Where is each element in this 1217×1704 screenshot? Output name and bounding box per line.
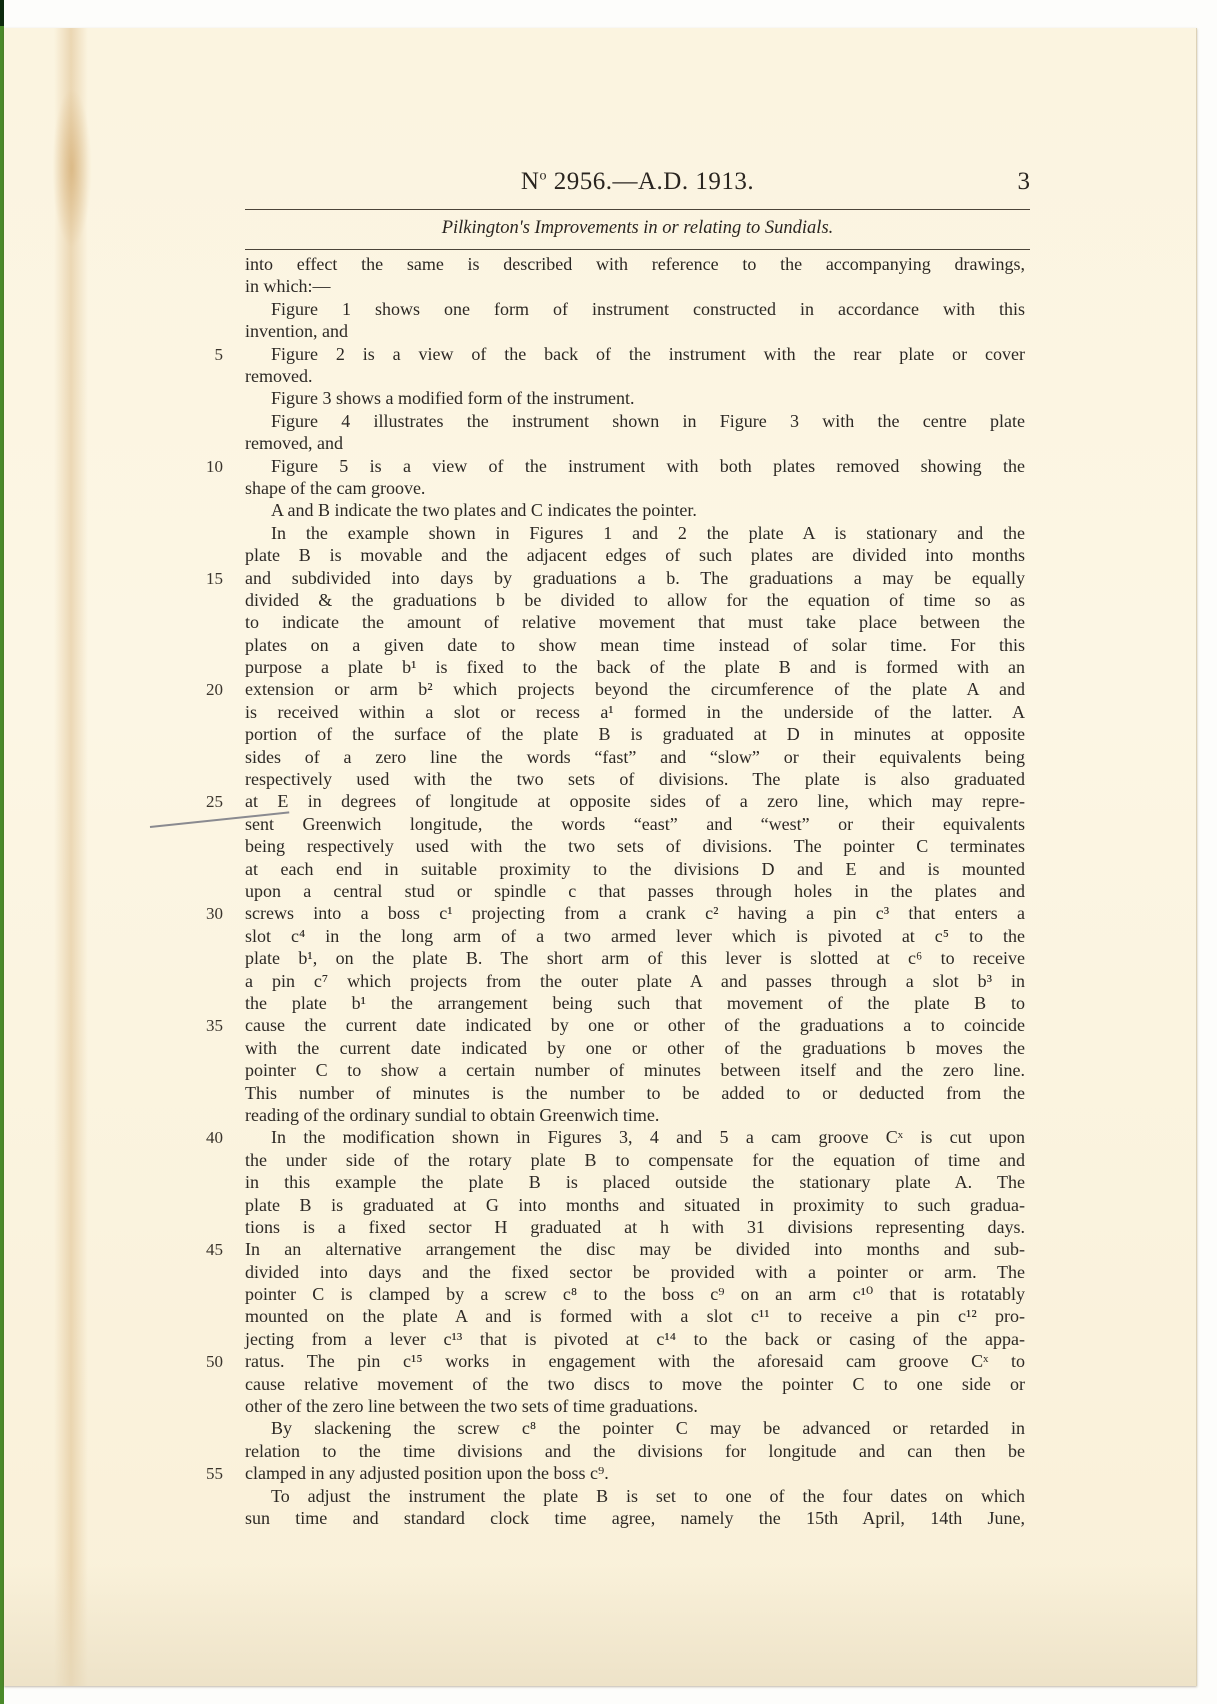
page-fold-crease bbox=[54, 28, 88, 1686]
line-text: relation to the time divisions and the d… bbox=[245, 1443, 1025, 1460]
header-rule-top bbox=[245, 209, 1030, 210]
line-text: A and B indicate the two plates and C in… bbox=[245, 502, 1025, 519]
line-text: extension or arm b² which projects beyon… bbox=[245, 681, 1025, 698]
line-number: 40 bbox=[193, 1129, 223, 1146]
line-number: 25 bbox=[193, 793, 223, 810]
line-text: screws into a boss c¹ projecting from a … bbox=[245, 905, 1025, 922]
text-line: 25at E in degrees of longitude at opposi… bbox=[245, 793, 1025, 810]
line-number: 45 bbox=[193, 1241, 223, 1258]
line-text: plate B is graduated at G into months an… bbox=[245, 1197, 1025, 1214]
header-rule-bottom bbox=[245, 249, 1030, 250]
line-text: upon a central stud or spindle c that pa… bbox=[245, 883, 1025, 900]
text-line: invention, and bbox=[245, 323, 1025, 340]
line-text: sun time and standard clock time agree, … bbox=[245, 1510, 1025, 1527]
page-number: 3 bbox=[1018, 168, 1031, 196]
line-text: pointer C to show a certain number of mi… bbox=[245, 1062, 1025, 1079]
line-text: tions is a fixed sector H graduated at h… bbox=[245, 1219, 1025, 1236]
text-line: cause relative movement of the two discs… bbox=[245, 1376, 1025, 1393]
page-stain bbox=[52, 88, 92, 248]
line-text: sides of a zero line the words “fast” an… bbox=[245, 749, 1025, 766]
text-line: respectively used with the two sets of d… bbox=[245, 771, 1025, 788]
text-line: is received within a slot or recess a¹ f… bbox=[245, 704, 1025, 721]
line-text: respectively used with the two sets of d… bbox=[245, 771, 1025, 788]
line-number: 55 bbox=[193, 1465, 223, 1482]
text-line: upon a central stud or spindle c that pa… bbox=[245, 883, 1025, 900]
line-text: in which:— bbox=[245, 278, 1025, 295]
patent-number: No 2956.—A.D. 1913. bbox=[245, 168, 1030, 196]
text-line: 5Figure 2 is a view of the back of the i… bbox=[245, 346, 1025, 363]
line-text: plate b¹, on the plate B. The short arm … bbox=[245, 950, 1025, 967]
text-line: In the example shown in Figures 1 and 2 … bbox=[245, 525, 1025, 542]
text-line: purpose a plate b¹ is fixed to the back … bbox=[245, 659, 1025, 676]
line-text: Figure 2 is a view of the back of the in… bbox=[245, 346, 1025, 363]
line-text: removed. bbox=[245, 368, 1025, 385]
line-text: a pin c⁷ which projects from the outer p… bbox=[245, 973, 1025, 990]
line-text: jecting from a lever c¹³ that is pivoted… bbox=[245, 1331, 1025, 1348]
line-text: portion of the surface of the plate B is… bbox=[245, 726, 1025, 743]
text-line: tions is a fixed sector H graduated at h… bbox=[245, 1219, 1025, 1236]
text-line: By slackening the screw c⁸ the pointer C… bbox=[245, 1420, 1025, 1437]
line-text: the under side of the rotary plate B to … bbox=[245, 1152, 1025, 1169]
text-line: with the current date indicated by one o… bbox=[245, 1040, 1025, 1057]
text-line: plate B is movable and the adjacent edge… bbox=[245, 547, 1025, 564]
text-line: 35cause the current date indicated by on… bbox=[245, 1017, 1025, 1034]
text-line: 45In an alternative arrangement the disc… bbox=[245, 1241, 1025, 1258]
line-text: mounted on the plate A and is formed wit… bbox=[245, 1308, 1025, 1325]
text-line: plate b¹, on the plate B. The short arm … bbox=[245, 950, 1025, 967]
text-line: removed, and bbox=[245, 435, 1025, 452]
page-header: No 2956.—A.D. 1913. 3 bbox=[245, 168, 1030, 212]
page-wear bbox=[4, 1566, 1196, 1686]
line-text: being respectively used with the two set… bbox=[245, 838, 1025, 855]
text-line: divided into days and the fixed sector b… bbox=[245, 1264, 1025, 1281]
line-text: and subdivided into days by graduations … bbox=[245, 570, 1025, 587]
text-line: 50ratus. The pin c¹⁵ works in engagement… bbox=[245, 1353, 1025, 1370]
line-text: cause relative movement of the two discs… bbox=[245, 1376, 1025, 1393]
line-text: with the current date indicated by one o… bbox=[245, 1040, 1025, 1057]
line-text: ratus. The pin c¹⁵ works in engagement w… bbox=[245, 1353, 1025, 1370]
line-text: the plate b¹ the arrangement being such … bbox=[245, 995, 1025, 1012]
text-line: jecting from a lever c¹³ that is pivoted… bbox=[245, 1331, 1025, 1348]
line-text: at each end in suitable proximity to the… bbox=[245, 861, 1025, 878]
line-text: other of the zero line between the two s… bbox=[245, 1398, 1025, 1415]
line-number: 20 bbox=[193, 681, 223, 698]
line-text: reading of the ordinary sundial to obtai… bbox=[245, 1107, 1025, 1124]
text-line: a pin c⁷ which projects from the outer p… bbox=[245, 973, 1025, 990]
line-text: cause the current date indicated by one … bbox=[245, 1017, 1025, 1034]
text-line: to indicate the amount of relative movem… bbox=[245, 614, 1025, 631]
line-text: Figure 3 shows a modified form of the in… bbox=[245, 390, 1025, 407]
text-line: mounted on the plate A and is formed wit… bbox=[245, 1308, 1025, 1325]
text-line: into effect the same is described with r… bbox=[245, 256, 1025, 273]
line-text: plate B is movable and the adjacent edge… bbox=[245, 547, 1025, 564]
text-line: Figure 1 shows one form of instrument co… bbox=[245, 301, 1025, 318]
line-text: This number of minutes is the number to … bbox=[245, 1085, 1025, 1102]
text-line: 15and subdivided into days by graduation… bbox=[245, 570, 1025, 587]
line-text: purpose a plate b¹ is fixed to the back … bbox=[245, 659, 1025, 676]
text-line: being respectively used with the two set… bbox=[245, 838, 1025, 855]
text-line: portion of the surface of the plate B is… bbox=[245, 726, 1025, 743]
text-line: sides of a zero line the words “fast” an… bbox=[245, 749, 1025, 766]
text-line: 30screws into a boss c¹ projecting from … bbox=[245, 905, 1025, 922]
text-line: relation to the time divisions and the d… bbox=[245, 1443, 1025, 1460]
line-text: Figure 1 shows one form of instrument co… bbox=[245, 301, 1025, 318]
line-text: By slackening the screw c⁸ the pointer C… bbox=[245, 1420, 1025, 1437]
text-line: shape of the cam groove. bbox=[245, 480, 1025, 497]
text-line: other of the zero line between the two s… bbox=[245, 1398, 1025, 1415]
line-text: To adjust the instrument the plate B is … bbox=[245, 1488, 1025, 1505]
text-line: plate B is graduated at G into months an… bbox=[245, 1197, 1025, 1214]
text-line: 20extension or arm b² which projects bey… bbox=[245, 681, 1025, 698]
text-line: 40In the modification shown in Figures 3… bbox=[245, 1129, 1025, 1146]
line-text: In an alternative arrangement the disc m… bbox=[245, 1241, 1025, 1258]
text-line: A and B indicate the two plates and C in… bbox=[245, 502, 1025, 519]
line-text: slot c⁴ in the long arm of a two armed l… bbox=[245, 928, 1025, 945]
text-line: at each end in suitable proximity to the… bbox=[245, 861, 1025, 878]
text-line: Figure 3 shows a modified form of the in… bbox=[245, 390, 1025, 407]
text-line: in this example the plate B is placed ou… bbox=[245, 1174, 1025, 1191]
line-number: 35 bbox=[193, 1017, 223, 1034]
line-text: In the example shown in Figures 1 and 2 … bbox=[245, 525, 1025, 542]
text-line: sent Greenwich longitude, the words “eas… bbox=[245, 816, 1025, 833]
line-text: plates on a given date to show mean time… bbox=[245, 637, 1025, 654]
line-text: shape of the cam groove. bbox=[245, 480, 1025, 497]
text-line: slot c⁴ in the long arm of a two armed l… bbox=[245, 928, 1025, 945]
text-line: Figure 4 illustrates the instrument show… bbox=[245, 413, 1025, 430]
text-line: plates on a given date to show mean time… bbox=[245, 637, 1025, 654]
line-text: Figure 4 illustrates the instrument show… bbox=[245, 413, 1025, 430]
line-text: Figure 5 is a view of the instrument wit… bbox=[245, 458, 1025, 475]
text-line: sun time and standard clock time agree, … bbox=[245, 1510, 1025, 1527]
text-line: in which:— bbox=[245, 278, 1025, 295]
line-number: 5 bbox=[193, 346, 223, 363]
line-number: 30 bbox=[193, 905, 223, 922]
line-text: in this example the plate B is placed ou… bbox=[245, 1174, 1025, 1191]
running-title: Pilkington's Improvements in or relating… bbox=[245, 218, 1030, 239]
line-text: invention, and bbox=[245, 323, 1025, 340]
text-line: removed. bbox=[245, 368, 1025, 385]
line-number: 50 bbox=[193, 1353, 223, 1370]
text-line: This number of minutes is the number to … bbox=[245, 1085, 1025, 1102]
line-number: 10 bbox=[193, 458, 223, 475]
line-text: to indicate the amount of relative movem… bbox=[245, 614, 1025, 631]
line-text: pointer C is clamped by a screw c⁸ to th… bbox=[245, 1286, 1025, 1303]
line-text: at E in degrees of longitude at opposite… bbox=[245, 793, 1025, 810]
line-text: into effect the same is described with r… bbox=[245, 256, 1025, 273]
text-line: reading of the ordinary sundial to obtai… bbox=[245, 1107, 1025, 1124]
line-text: removed, and bbox=[245, 435, 1025, 452]
text-line: the under side of the rotary plate B to … bbox=[245, 1152, 1025, 1169]
text-line: 55clamped in any adjusted position upon … bbox=[245, 1465, 1025, 1482]
text-line: pointer C to show a certain number of mi… bbox=[245, 1062, 1025, 1079]
line-text: divided & the graduations b be divided t… bbox=[245, 592, 1025, 609]
line-text: clamped in any adjusted position upon th… bbox=[245, 1465, 1025, 1482]
line-text: is received within a slot or recess a¹ f… bbox=[245, 704, 1025, 721]
text-line: 10Figure 5 is a view of the instrument w… bbox=[245, 458, 1025, 475]
text-line: the plate b¹ the arrangement being such … bbox=[245, 995, 1025, 1012]
text-line: pointer C is clamped by a screw c⁸ to th… bbox=[245, 1286, 1025, 1303]
text-line: To adjust the instrument the plate B is … bbox=[245, 1488, 1025, 1505]
line-number: 15 bbox=[193, 570, 223, 587]
line-text: sent Greenwich longitude, the words “eas… bbox=[245, 816, 1025, 833]
line-text: In the modification shown in Figures 3, … bbox=[245, 1129, 1025, 1146]
line-text: divided into days and the fixed sector b… bbox=[245, 1264, 1025, 1281]
text-line: divided & the graduations b be divided t… bbox=[245, 592, 1025, 609]
